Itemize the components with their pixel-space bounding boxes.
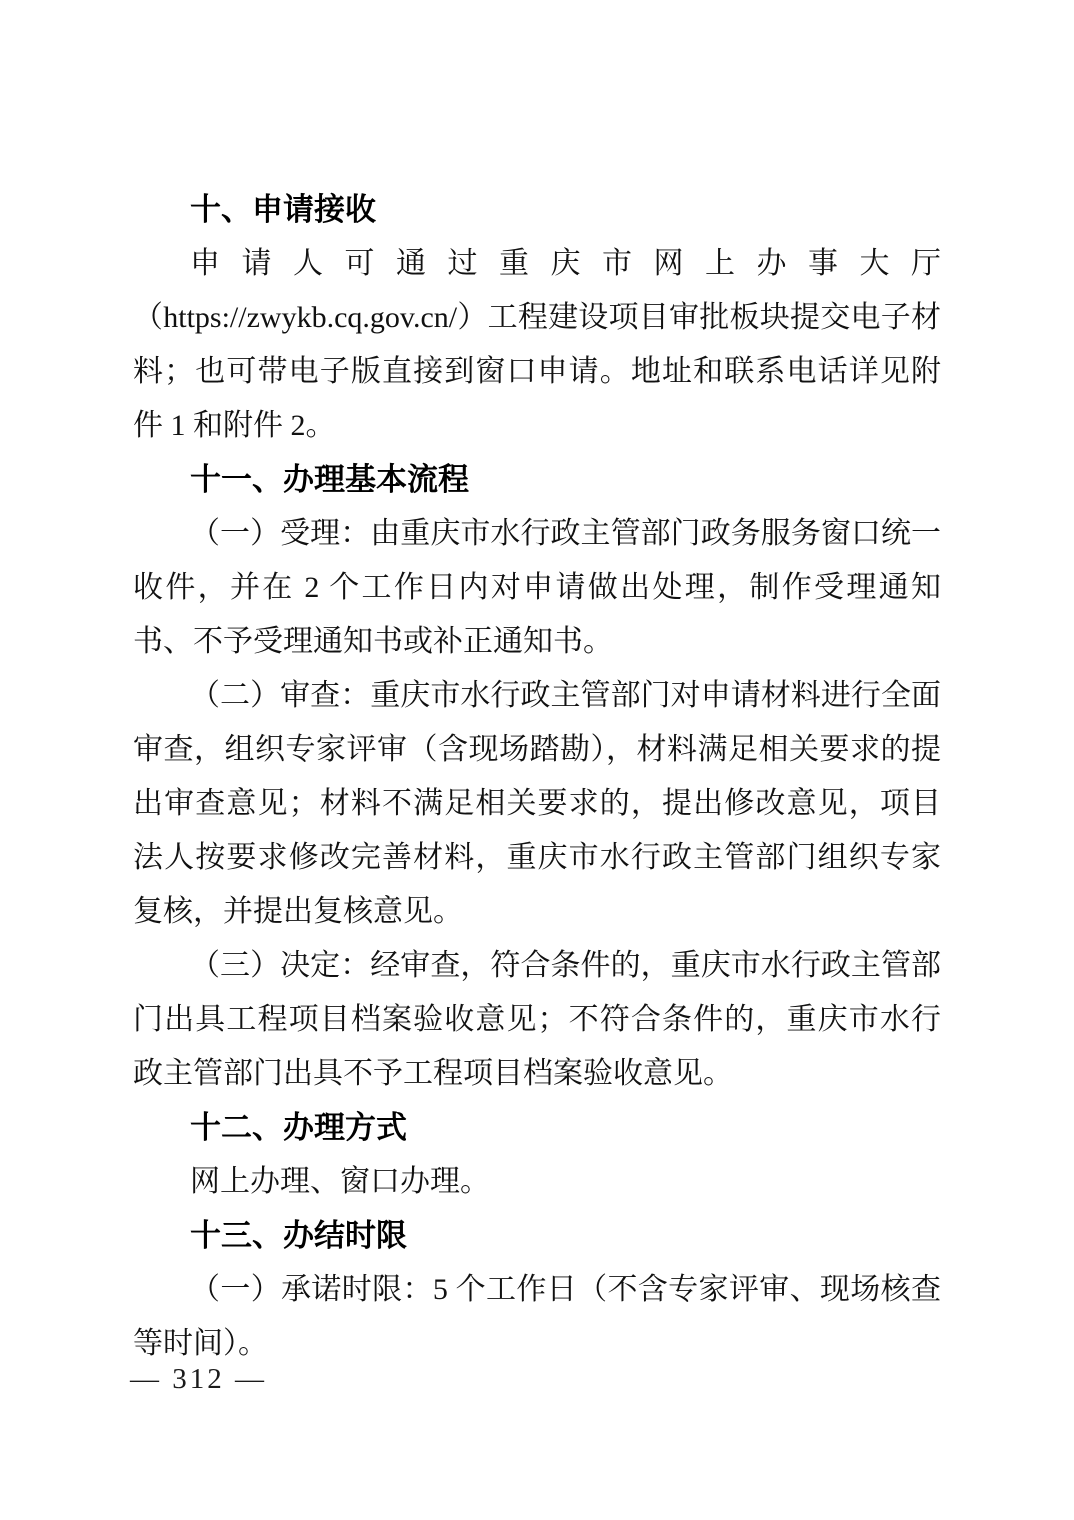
paragraph: （一）受理：由重庆市水行政主管部门政务服务窗口统一收件，并在 2 个工作日内对申… bbox=[133, 507, 941, 669]
section-handling-method: 十二、办理方式 网上办理、窗口办理。 bbox=[133, 1101, 941, 1209]
paragraph: （三）决定：经审查，符合条件的，重庆市水行政主管部门出具工程项目档案验收意见；不… bbox=[133, 939, 941, 1101]
paragraph: （一）承诺时限：5 个工作日（不含专家评审、现场核查等时间）。 bbox=[133, 1263, 941, 1371]
section-heading: 十二、办理方式 bbox=[133, 1101, 941, 1155]
paragraph: 网上办理、窗口办理。 bbox=[133, 1155, 941, 1209]
paragraph: （二）审查：重庆市水行政主管部门对申请材料进行全面审查，组织专家评审（含现场踏勘… bbox=[133, 669, 941, 939]
section-basic-process: 十一、办理基本流程 （一）受理：由重庆市水行政主管部门政务服务窗口统一收件，并在… bbox=[133, 453, 941, 1101]
paragraph: 申请人可通过重庆市网上办事大厅（https://zwykb.cq.gov.cn/… bbox=[133, 237, 941, 453]
section-heading: 十三、办结时限 bbox=[133, 1209, 941, 1263]
section-heading: 十、申请接收 bbox=[133, 183, 941, 237]
document-body: 十、申请接收 申请人可通过重庆市网上办事大厅（https://zwykb.cq.… bbox=[133, 183, 941, 1371]
document-page: 十、申请接收 申请人可通过重庆市网上办事大厅（https://zwykb.cq.… bbox=[0, 0, 1074, 1520]
section-heading: 十一、办理基本流程 bbox=[133, 453, 941, 507]
page-number: — 312 — bbox=[130, 1362, 267, 1396]
section-completion-time-limit: 十三、办结时限 （一）承诺时限：5 个工作日（不含专家评审、现场核查等时间）。 bbox=[133, 1209, 941, 1371]
section-application-receipt: 十、申请接收 申请人可通过重庆市网上办事大厅（https://zwykb.cq.… bbox=[133, 183, 941, 453]
